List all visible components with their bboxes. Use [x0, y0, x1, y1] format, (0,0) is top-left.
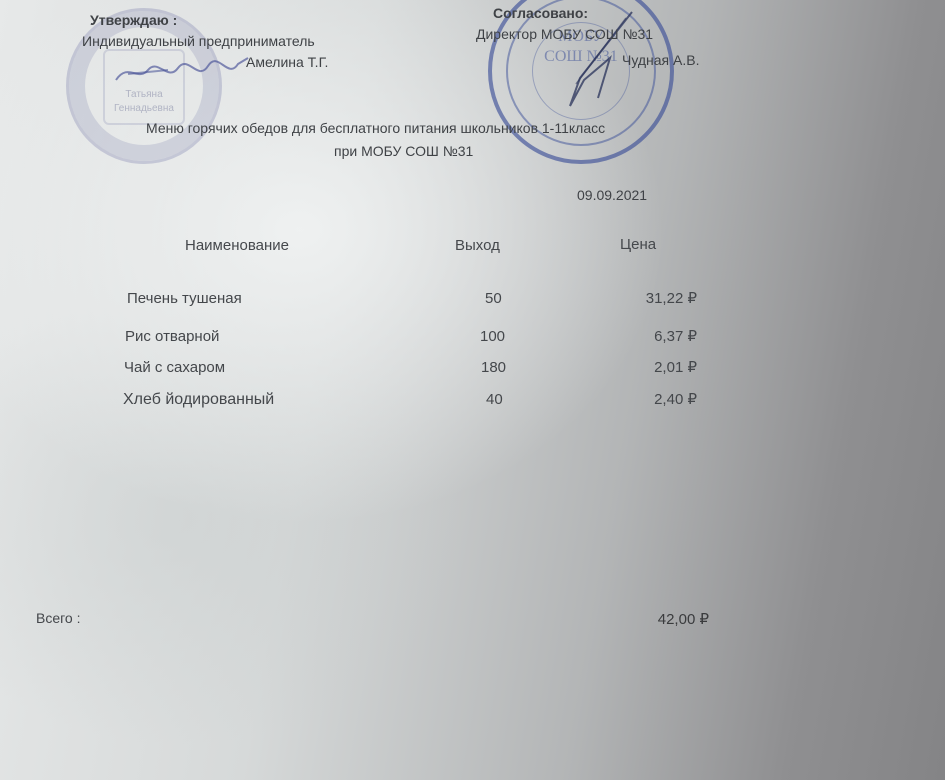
item-name: Хлеб йодированный: [123, 391, 274, 409]
item-price: 2,40 ₽: [654, 390, 697, 408]
item-yield: 50: [485, 290, 502, 307]
total-label: Всего :: [36, 610, 81, 626]
item-name: Чай с сахаром: [124, 359, 225, 376]
item-name: Печень тушеная: [127, 290, 242, 307]
item-yield: 180: [481, 359, 506, 376]
stamp-text-line-2: Геннадьевна: [69, 103, 219, 114]
approve-label: Утверждаю :: [90, 12, 177, 28]
approve-name: Амелина Т.Г.: [246, 54, 328, 70]
item-yield: 40: [486, 391, 503, 408]
menu-document: Татьяна Геннадьевна Утверждаю : Индивиду…: [0, 0, 945, 780]
menu-subtitle: при МОБУ СОШ №31: [334, 143, 473, 159]
item-name: Рис отварной: [125, 328, 219, 345]
column-header-price: Цена: [620, 236, 656, 253]
menu-title: Меню горячих обедов для бесплатного пита…: [146, 120, 605, 136]
column-header-yield: Выход: [455, 237, 500, 254]
total-value: 42,00 ₽: [658, 610, 709, 628]
agree-position: Директор МОБУ СОШ №31: [476, 26, 653, 42]
agree-name: Чудная А.В.: [622, 52, 699, 68]
item-price: 6,37 ₽: [654, 327, 697, 345]
item-yield: 100: [480, 328, 505, 345]
item-price: 2,01 ₽: [654, 358, 697, 376]
agree-label: Согласовано:: [493, 5, 588, 21]
column-header-name: Наименование: [185, 237, 289, 254]
approve-position: Индивидуальный предприниматель: [82, 33, 315, 49]
item-price: 31,22 ₽: [646, 289, 697, 307]
menu-date: 09.09.2021: [577, 187, 647, 203]
entrepreneur-signature: [108, 52, 258, 92]
